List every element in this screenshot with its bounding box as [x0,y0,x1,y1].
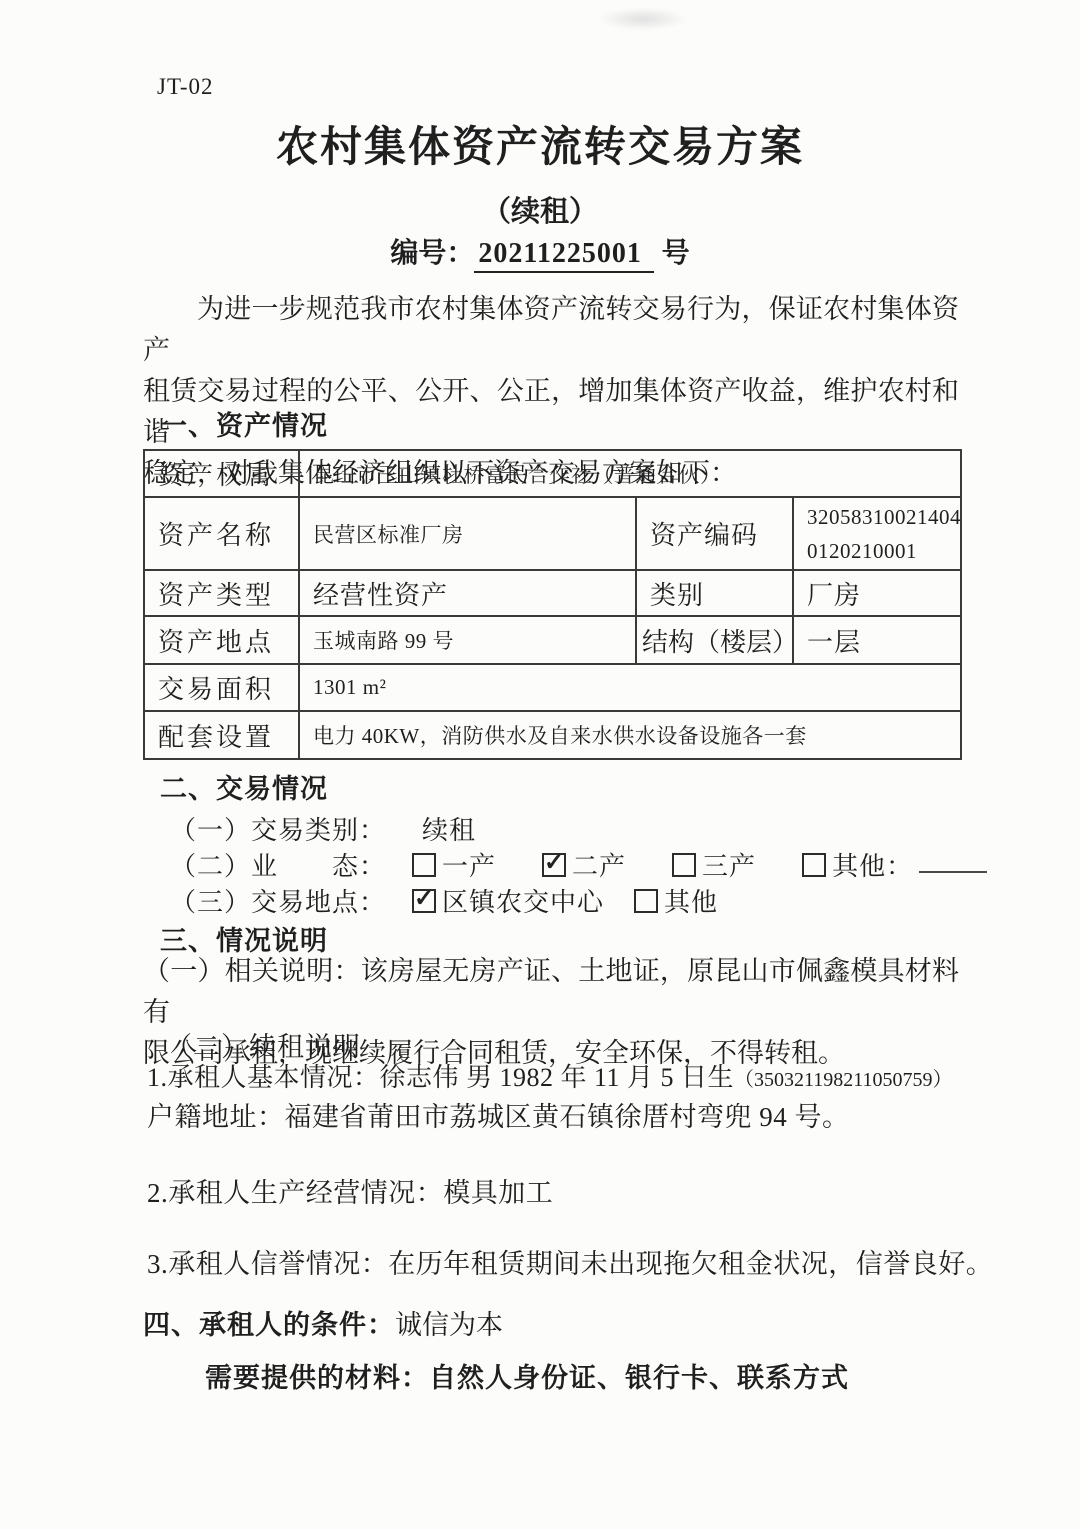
option-other-place: 其他 [634,888,718,917]
asset-ownership-label: 资产权属 [144,450,299,497]
trade-place-label: （三）交易地点： [170,888,386,917]
asset-code-label: 资产编码 [636,497,793,570]
asset-code-line1: 32058310021404A [807,500,960,534]
checkbox-icon [542,853,566,877]
option-town-center: 区镇农交中心 [412,888,604,917]
option-other-industry: 其他： [802,852,987,881]
trade-area-label: 交易面积 [144,664,299,711]
trade-area-value: 1301 m² [299,664,961,711]
renter-address-line: 户籍地址：福建省莆田市荔城区黄石镇徐厝村弯兜 94 号。 [147,1095,850,1134]
renter-business-line: 2.承租人生产经营情况：模具加工 [147,1171,553,1210]
asset-name-value: 民营区标准厂房 [299,497,636,570]
facilities-value: 电力 40KW，消防供水及自来水供水设备设施各一套 [299,711,961,759]
section4-heading-line: 四、承租人的条件：诚信为本 [143,1303,503,1342]
document-title: 农村集体资产流转交易方案 [0,114,1080,174]
option-primary-industry: 一产 [412,852,496,881]
checkbox-icon [802,853,826,877]
option-secondary-industry: 二产 [542,852,626,881]
option-label: 三产 [702,852,756,881]
section2-heading: 二、交易情况 [160,767,328,806]
table-row: 配套设置 电力 40KW，消防供水及自来水供水设备设施各一套 [144,711,961,759]
option-tertiary-industry: 三产 [672,852,756,881]
renter-id-number: （350321198211050759） [734,1069,953,1091]
document-page: JT-02 农村集体资产流转交易方案 （续租） 编号：20211225001 号… [0,0,1080,1529]
related-line: （一）相关说明：该房屋无房产证、土地证，原昆山市佩鑫模具材料有 [143,951,959,1033]
renter-basic-text: 1.承租人基本情况：徐志伟 男 1982 年 11 月 5 日生 [147,1063,734,1092]
asset-type-value: 经营性资产 [299,570,636,616]
trade-type-line: （一）交易类别：续租 [170,810,476,847]
table-row: 资产类型 经营性资产 类别 厂房 [144,570,961,616]
trade-type-label: （一）交易类别： [170,816,386,845]
serial-number-line: 编号：20211225001 号 [0,231,1080,271]
structure-floor-value: 一层 [793,616,961,664]
document-subtitle: （续租） [0,189,1080,230]
trade-type-value: 续租 [422,816,476,845]
section4-value: 诚信为本 [395,1310,503,1340]
serial-label: 编号： [390,237,474,268]
category-label: 类别 [636,570,793,616]
asset-name-label: 资产名称 [144,497,299,570]
checkbox-icon [412,889,436,913]
structure-floor-label: 结构（楼层） [636,616,793,664]
option-label: 一产 [442,852,496,881]
asset-location-value: 玉城南路 99 号 [299,616,636,664]
option-label: 其他： [832,852,913,881]
asset-code-value: 32058310021404A 0120210001 [793,497,961,570]
intro-line: 为进一步规范我市农村集体资产流转交易行为，保证农村集体资产 [143,289,959,371]
category-value: 厂房 [793,570,961,616]
renter-credit-line: 3.承租人信誉情况：在历年租赁期间未出现拖欠租金状况，信誉良好。 [147,1242,993,1281]
form-code: JT-02 [157,74,214,100]
scan-smudge [598,8,688,30]
asset-location-label: 资产地点 [144,616,299,664]
renter-basic-line: 1.承租人基本情况：徐志伟 男 1982 年 11 月 5 日生（3503211… [147,1057,967,1094]
trade-place-line: （三）交易地点：区镇农交中心其他 [170,882,718,919]
option-label: 二产 [572,852,626,881]
industry-line: （二）业 态：一产二产三产其他： [170,846,987,883]
option-label: 区镇农交中心 [442,888,604,917]
industry-label: （二）业 态： [170,852,386,881]
section1-heading: 一、资产情况 [160,404,328,443]
asset-ownership-value: 昆山市玉山镇杜桥富民合作社（普通合伙） [299,450,961,497]
serial-suffix: 号 [662,237,690,268]
option-label: 其他 [664,888,718,917]
table-row: 资产名称 民营区标准厂房 资产编码 32058310021404A 012021… [144,497,961,570]
checkbox-icon [672,853,696,877]
checkbox-icon [412,853,436,877]
table-row: 资产权属 昆山市玉山镇杜桥富民合作社（普通合伙） [144,450,961,497]
asset-info-table: 资产权属 昆山市玉山镇杜桥富民合作社（普通合伙） 资产名称 民营区标准厂房 资产… [143,449,962,760]
table-row: 交易面积 1301 m² [144,664,961,711]
table-row: 资产地点 玉城南路 99 号 结构（楼层） 一层 [144,616,961,664]
asset-code-line2: 0120210001 [807,534,960,568]
required-materials-line: 需要提供的材料：自然人身份证、银行卡、联系方式 [205,1356,849,1395]
checkbox-icon [634,889,658,913]
blank-underline [919,867,987,873]
asset-type-label: 资产类型 [144,570,299,616]
serial-number: 20211225001 [474,238,653,273]
section4-heading: 四、承租人的条件： [143,1310,395,1340]
facilities-label: 配套设置 [144,711,299,759]
